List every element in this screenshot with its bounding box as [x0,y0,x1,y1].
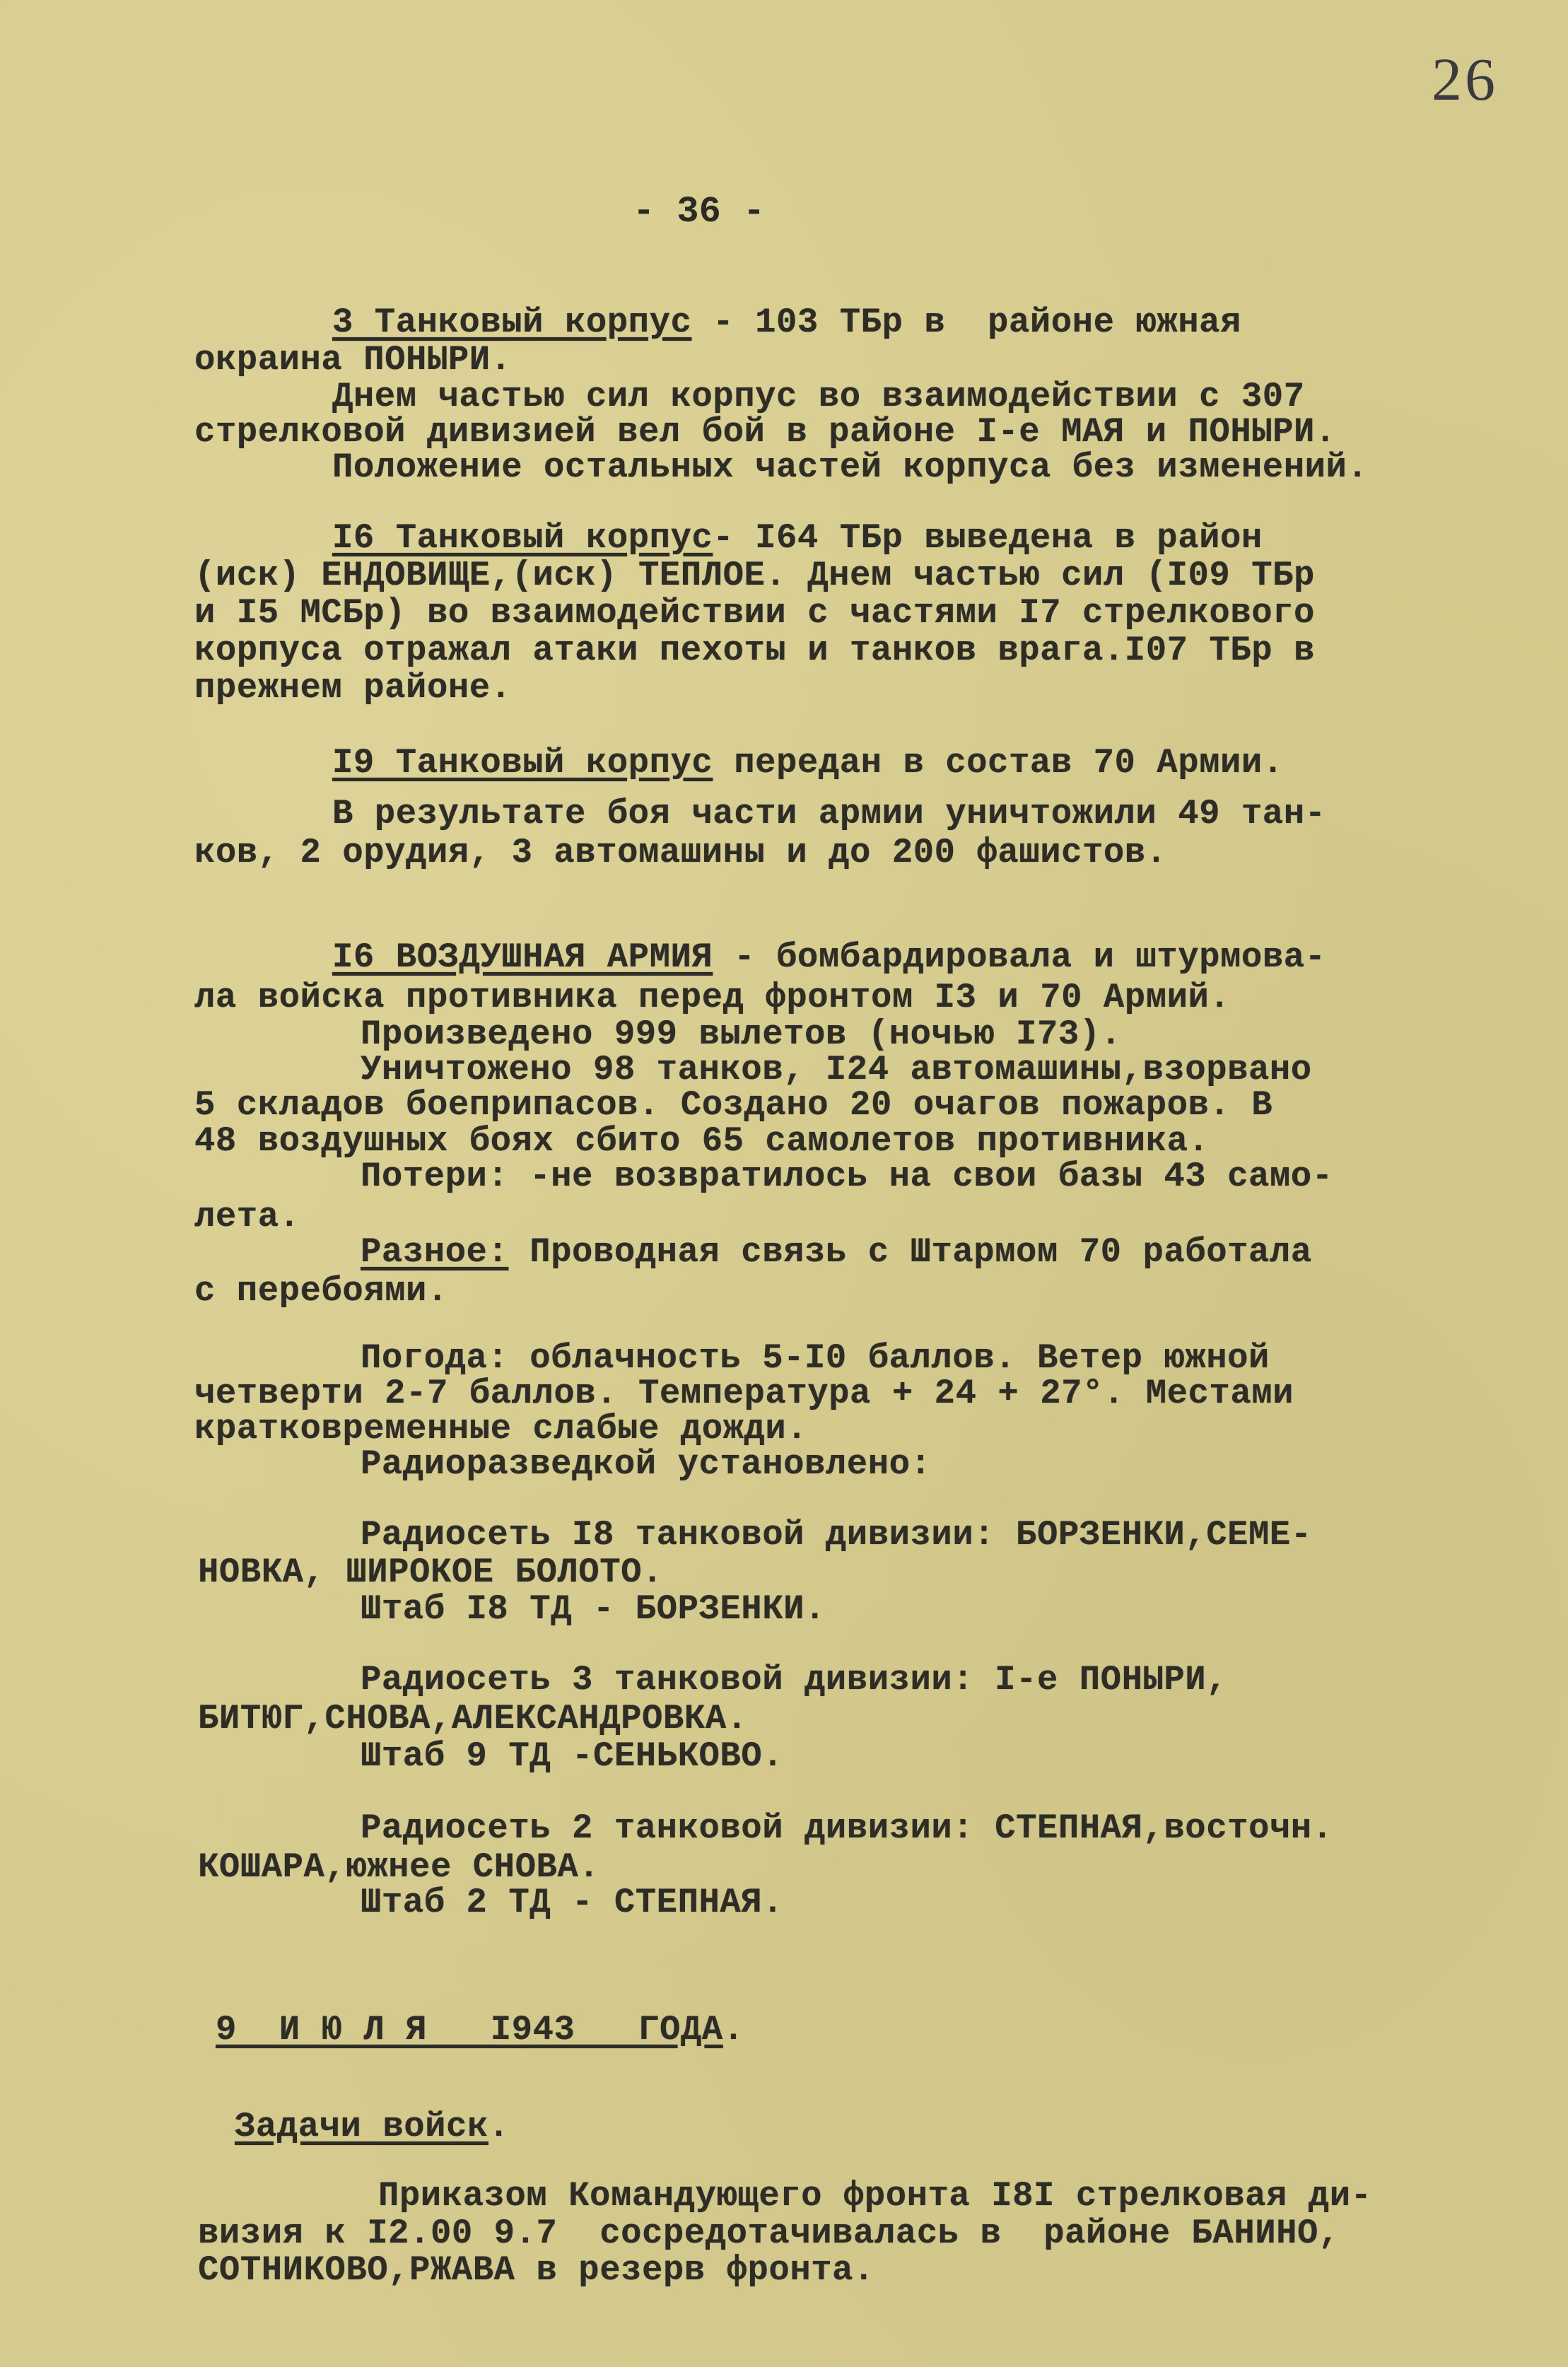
date-heading-visible: 9 И Ю Л Я I943 ГОДА. [216,2011,744,2048]
corps19-line-2: В результате боя части армии уничтожили … [332,795,1326,832]
misc-title: Разное: [361,1232,508,1272]
radio3-line-2: БИТЮГ,СНОВА,АЛЕКСАНДРОВКА. [198,1700,748,1737]
air16-line-6: 48 воздушных боях сбито 65 самолетов про… [194,1123,1209,1159]
corps16-line-3: и I5 МСБр) во взаимодействии с частями I… [194,595,1315,631]
air16-line-7: Потери: -не возвратилось на свои базы 43… [361,1158,1333,1195]
radio2-line-3: Штаб 2 ТД - СТЕПНАЯ. [361,1884,783,1921]
radio18-line-1: Радиосеть I8 танковой дивизии: БОРЗЕНКИ,… [361,1516,1312,1553]
radio3-line-1: Радиосеть 3 танковой дивизии: I-е ПОНЫРИ… [361,1661,1227,1698]
corps16-line-5: прежнем районе. [194,670,512,706]
misc-line-2: с перебоями. [194,1273,448,1309]
date-heading-underlined: 9 И Ю Л Я I943 ГОДА [216,2010,723,2050]
page-number: - 36 - [633,191,765,233]
corps3-title: 3 Танковый корпус [332,303,691,342]
corps3-line-5: Положение остальных частей корпуса без и… [332,449,1368,486]
weather-line-4: Радиоразведкой установлено: [361,1446,931,1483]
corps16-line-4: корпуса отражал атаки пехоты и танков вр… [194,632,1315,669]
corps19-line-3: ков, 2 орудия, 3 автомашины и до 200 фаш… [194,834,1167,871]
corps3-line-4: стрелковой дивизией вел бой в районе I-е… [194,414,1336,450]
order-line-3: СОТНИКОВО,РЖАВА в резерв фронта. [198,2252,874,2289]
corps3-line-2: окраина ПОНЫРИ. [194,341,512,378]
air16-line-5: 5 складов боеприпасов. Создано 20 очагов… [194,1087,1272,1123]
corps3-line-1: 3 Танковый корпус - 103 ТБр в районе южн… [332,304,1241,341]
radio2-line-2: КОШАРА,южнее СНОВА. [198,1849,599,1886]
radio18-line-2: НОВКА, ШИРОКОЕ БОЛОТО. [198,1554,663,1591]
radio2-line-1: Радиосеть 2 танковой дивизии: СТЕПНАЯ,во… [361,1810,1333,1847]
air16-line-4: Уничтожено 98 танков, I24 автомашины,взо… [361,1051,1312,1088]
corps3-line-3: Днем частью сил корпус во взаимодействии… [332,378,1305,415]
radio18-line-3: Штаб I8 ТД - БОРЗЕНКИ. [361,1591,826,1627]
order-line-1: Приказом Командующего фронта I8I стрелко… [378,2178,1372,2214]
air16-line-8: лета. [194,1198,300,1235]
tasks-heading: Задачи войск. [235,2108,510,2145]
corps16-title: I6 Танковый корпус [332,518,713,558]
tasks-heading-underlined: Задачи войск [235,2107,488,2146]
radio3-line-3: Штаб 9 ТД -СЕНЬКОВО. [361,1738,783,1775]
order-line-2: визия к I2.00 9.7 сосредотачивалась в ра… [198,2215,1340,2252]
air16-title: I6 ВОЗДУШНАЯ АРМИЯ [332,937,713,977]
air16-line-2: ла войска противника перед фронтом I3 и … [194,979,1230,1016]
air16-line-1: I6 ВОЗДУШНАЯ АРМИЯ - бомбардировала и шт… [332,939,1326,976]
corps19-line-1: I9 Танковый корпус передан в состав 70 А… [332,744,1284,781]
corps19-title: I9 Танковый корпус [332,743,713,783]
sheet-number: 26 [1432,44,1498,115]
weather-line-3: кратковременные слабые дожди. [194,1410,807,1447]
air16-line-3: Произведено 999 вылетов (ночью I73). [361,1016,1122,1053]
corps16-line-2: (иск) ЕНДОВИЩЕ,(иск) ТЕПЛОЕ. Днем частью… [194,557,1315,594]
corps16-line-1: I6 Танковый корпус- I64 ТБр выведена в р… [332,520,1263,556]
weather-line-1: Погода: облачность 5-I0 баллов. Ветер юж… [361,1340,1270,1377]
weather-line-2: четверти 2-7 баллов. Температура + 24 + … [194,1375,1294,1412]
misc-line-1: Разное: Проводная связь с Штармом 70 раб… [361,1234,1312,1270]
